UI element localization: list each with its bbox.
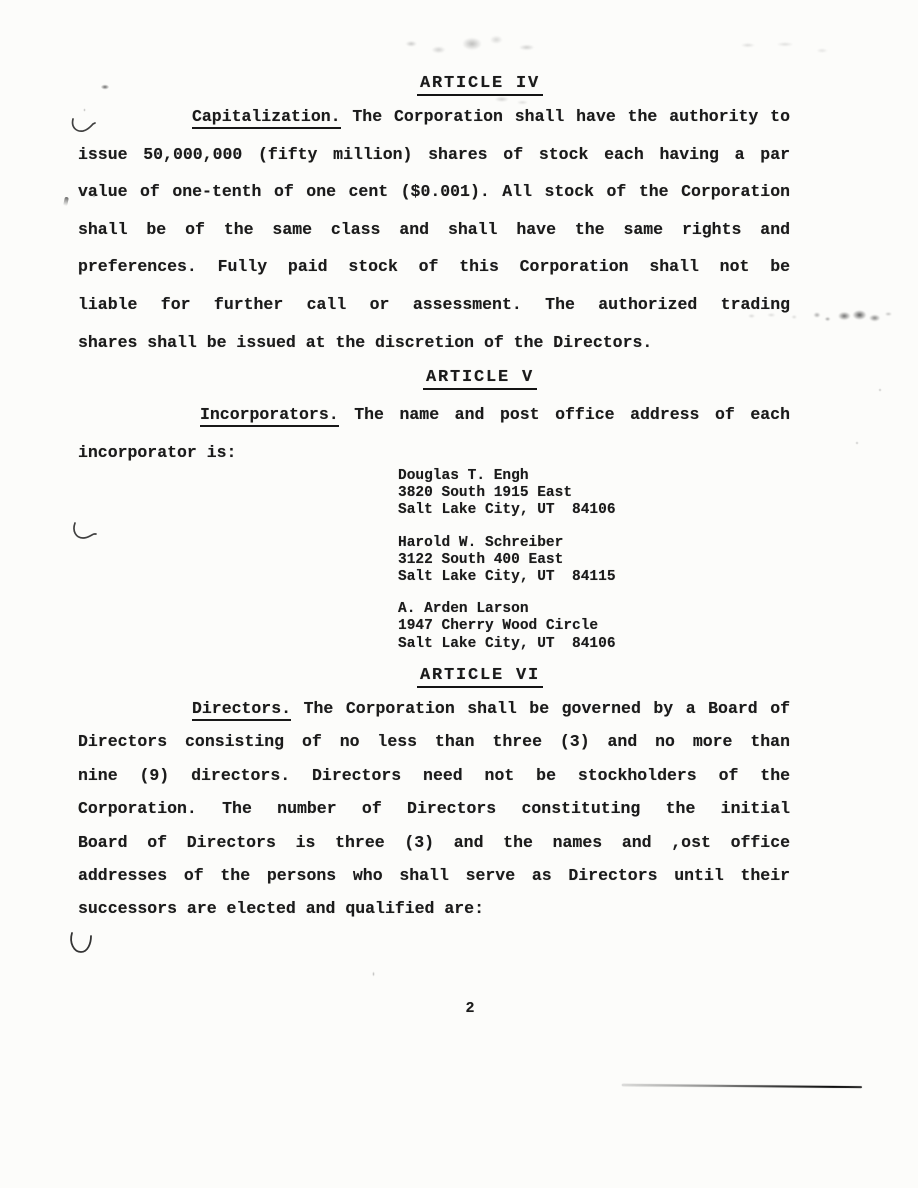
article-v-paragraph: Incorporators. The name and post office … — [78, 396, 790, 471]
paragraph-line: successors are elected and qualified are… — [78, 892, 790, 925]
incorporators-term: Incorporators. — [200, 405, 339, 427]
article-iv-paragraph: Capitalization. The Corporation shall ha… — [78, 98, 790, 361]
article-vi-paragraph: Directors. The Corporation shall be gove… — [78, 692, 790, 926]
paragraph-text: The Corporation shall have the authority… — [352, 107, 790, 126]
scan-speck — [855, 441, 859, 445]
incorporator-street: 1947 Cherry Wood Circle — [398, 618, 616, 635]
scan-speckle-top — [396, 33, 548, 57]
paragraph-line: Directors consisting of no less than thr… — [78, 725, 790, 758]
paragraph-line: Corporation. The number of Directors con… — [78, 792, 790, 825]
paragraph-line: value of one-tenth of one cent ($0.001).… — [78, 173, 790, 211]
paragraph-line: issue 50,000,000 (fifty million) shares … — [78, 136, 790, 174]
paragraph-line: Incorporators. The name and post office … — [78, 396, 790, 434]
directors-term: Directors. — [192, 699, 291, 721]
margin-pen-mark-icon — [69, 521, 99, 547]
article-iv-heading: ARTICLE IV — [0, 74, 918, 96]
paragraph-line: incorporator is: — [78, 434, 790, 472]
paragraph-line: shall be of the same class and shall hav… — [78, 211, 790, 249]
incorporator-address: A. Arden Larson 1947 Cherry Wood Circle … — [398, 601, 616, 653]
incorporator-street: 3122 South 400 East — [398, 552, 616, 569]
capitalization-term: Capitalization. — [192, 107, 341, 129]
scan-speck — [63, 197, 69, 207]
paragraph-line: shares shall be issued at the discretion… — [78, 324, 790, 362]
margin-pen-mark-icon — [66, 931, 96, 957]
incorporator-city: Salt Lake City, UT 84115 — [398, 569, 616, 586]
paragraph-text: The Corporation shall be governed by a B… — [304, 699, 790, 718]
paragraph-line: Directors. The Corporation shall be gove… — [78, 692, 790, 725]
scanned-document-page: ARTICLE IV Capitalization. The Corporati… — [0, 0, 918, 1188]
incorporator-name: A. Arden Larson — [398, 601, 616, 618]
article-vi-heading: ARTICLE VI — [0, 666, 918, 688]
page-number: 2 — [0, 1000, 918, 1017]
incorporator-address: Harold W. Schreiber 3122 South 400 East … — [398, 535, 616, 587]
incorporator-city: Salt Lake City, UT 84106 — [398, 636, 616, 653]
paragraph-line: Board of Directors is three (3) and the … — [78, 826, 790, 859]
paragraph-line: liable for further call or assessment. T… — [78, 286, 790, 324]
incorporator-city: Salt Lake City, UT 84106 — [398, 502, 616, 519]
incorporator-street: 3820 South 1915 East — [398, 485, 616, 502]
scan-speckle-top-right — [732, 38, 838, 56]
scan-speck — [372, 971, 375, 977]
article-v-heading: ARTICLE V — [0, 368, 918, 390]
paragraph-line: nine (9) directors. Directors need not b… — [78, 759, 790, 792]
paragraph-line: preferences. Fully paid stock of this Co… — [78, 248, 790, 286]
incorporator-name: Douglas T. Engh — [398, 468, 616, 485]
incorporator-address: Douglas T. Engh 3820 South 1915 East Sal… — [398, 468, 616, 520]
paragraph-line: Capitalization. The Corporation shall ha… — [78, 98, 790, 136]
paragraph-line: addresses of the persons who shall serve… — [78, 859, 790, 892]
paragraph-text: The name and post office address of each — [354, 405, 790, 424]
incorporator-address-list: Douglas T. Engh 3820 South 1915 East Sal… — [398, 468, 616, 668]
incorporator-name: Harold W. Schreiber — [398, 535, 616, 552]
scan-line-artifact — [622, 1084, 862, 1088]
